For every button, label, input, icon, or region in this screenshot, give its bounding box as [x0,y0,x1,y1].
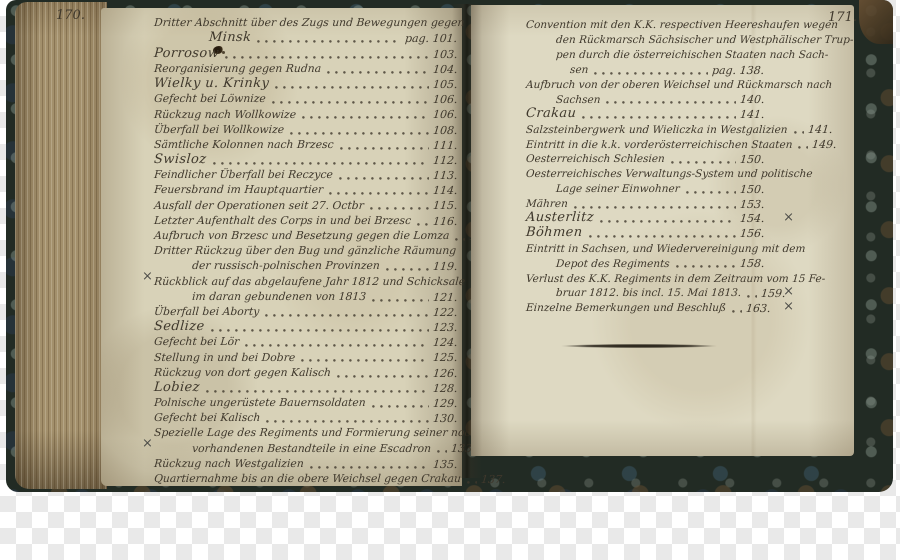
index-entry-row: im daran gebundenen von 1813121. [154,287,457,302]
left-page-number: 170. [56,8,85,23]
index-entry-row: Crakau141. [526,105,764,120]
divider-flourish [533,343,745,349]
dot-leader [266,413,428,423]
dot-leader [732,303,742,313]
dot-leader [275,79,428,89]
dot-leader [372,398,429,408]
index-entry-row: Überfall bei Wollkowize108. [154,120,457,135]
entry-text: Dritter Rückzug über den Bug und gänzlic… [154,246,457,257]
margin-x-mark: × [783,299,794,314]
index-entry-row: Eintritt in die k.k. vorderösterreichisc… [526,135,764,150]
index-entry-row: Polnische ungerüstete Bauernsoldaten129. [154,394,457,409]
entry-text: Lage seiner Einwohner [556,184,680,195]
entry-text: Eintritt in die k.k. vorderösterreichisc… [526,140,793,151]
dot-leader [211,322,429,332]
index-entry-row: Sachsen140. [526,90,764,105]
entry-text: Salzsteinbergwerk und Wieliczka in Westg… [526,125,788,136]
index-entry-row: Gefecht bei Kalisch130. [154,409,457,424]
entry-text: Sedlize [154,320,206,333]
index-entry-row: Letzter Aufenthalt des Corps in und bei … [154,211,457,226]
dot-leader [245,337,428,347]
dot-leader [747,288,757,298]
margin-x-mark: × [142,269,153,284]
dot-leader [340,140,429,150]
dot-leader [798,139,808,149]
right-page-number: 171. [828,10,857,25]
index-entry-row: Aufbruch von der oberen Weichsel und Rüc… [526,76,764,91]
dot-leader [370,200,429,210]
entry-text: Feuersbrand im Hauptquartier [154,185,324,196]
left-page: Dritter Abschnitt über des Zugs und Bewe… [101,8,462,486]
index-entry-row: ×Rückblick auf das abgelaufene Jahr 1812… [154,272,457,287]
index-entry-row: Austerlitz154.× [526,210,764,225]
index-entry-row: Stellung in und bei Dobre125. [154,348,457,363]
left-page-index-list: Dritter Abschnitt über des Zugs und Bewe… [154,14,457,485]
dot-leader [417,216,428,226]
index-entry-row: Rückzug nach Westgalizien135. [154,454,457,469]
dot-leader [594,65,707,75]
index-entry-row: Reorganisierung gegen Rudna104. [154,60,457,75]
dot-leader [676,258,736,268]
index-entry-row: Swisloz112. [154,151,457,166]
entry-text: Oesterreichisches Verwaltungs-System und… [526,169,813,180]
entry-page-ref: 137. [480,474,505,485]
entry-text: Eintritt in Sachsen, und Wiedervereinigu… [526,244,806,255]
page-edge-stack [15,2,107,489]
index-entry-row: Gefecht bei Löwnize106. [154,90,457,105]
dot-leader [225,49,428,59]
entry-text: Feindlicher Überfall bei Reczyce [154,170,334,181]
dot-leader [213,155,429,165]
cover-corner-patch [859,0,893,44]
dot-leader [600,213,736,223]
entry-page-ref: 149. [812,139,837,150]
entry-text: Porrosow [154,47,220,60]
dot-leader [301,352,428,362]
entry-text: Letzter Aufenthalt des Corps in und bei … [154,216,412,227]
entry-text: den Rückmarsch Sächsischer und Westphäli… [556,35,854,46]
margin-x-mark: × [783,210,794,225]
entry-page-ref: 141. [807,124,832,135]
dot-leader [265,307,428,317]
entry-page-ref: 150. [739,184,764,195]
index-entry-row: Salzsteinbergwerk und Wieliczka in Westg… [526,120,764,135]
index-entry-row: Böhmen156. [526,224,764,239]
index-entry-row: bruar 1812. bis incl. 15. Mai 1813.159.× [526,284,764,299]
entry-text: bruar 1812. bis incl. 15. Mai 1813. [556,288,742,299]
entry-text: pen durch die österreichischen Staaten n… [556,50,829,61]
manuscript-photo: { "book": { "description_colors": { "pap… [0,0,900,560]
index-entry-row: Gefecht bei Lör124. [154,333,457,348]
entry-text: Swisloz [154,153,207,166]
dot-leader [337,368,429,378]
margin-x-mark: × [783,284,794,299]
entry-text: im daran gebundenen von 1813 [192,292,367,303]
entry-text: Lobiez [154,381,201,394]
dot-leader [671,154,736,164]
index-entry-row: Ausfall der Operationen seit 27. Octbr11… [154,196,457,211]
index-entry-row: Oesterreichisches Verwaltungs-System und… [526,165,764,180]
dot-leader [257,33,400,43]
index-entry-row: Lage seiner Einwohner150. [526,180,764,195]
index-entry-row: Oesterreichisch Schlesien150. [526,150,764,165]
dot-leader [310,459,429,469]
index-entry-row: Porrosow103. [154,44,457,59]
entry-text: Crakau [526,107,577,120]
entry-page-ref: 158. [739,258,764,269]
entry-text: Aufbruch von der oberen Weichsel und Rüc… [526,80,833,91]
dot-leader [272,94,429,104]
entry-text: Gefecht bei Löwnize [154,94,267,105]
index-entry-row: Mähren153. [526,195,764,210]
index-entry-row: Rückzug nach Wollkowize106. [154,105,457,120]
index-entry-row: Quartiernahme bis an die obere Weichsel … [154,470,457,485]
index-entry-row: Dritter Abschnitt über des Zugs und Bewe… [154,14,457,29]
entry-text: Wielky u. Krinky [154,77,270,90]
index-entry-row: Rückzug von dort gegen Kalisch126. [154,363,457,378]
entry-text: Sämtliche Kolonnen nach Brzesc [154,140,334,151]
entry-text: Ausfall der Operationen seit 27. Octbr [154,201,365,212]
entry-text: der russisch-polnischen Provinzen [192,261,381,272]
entry-text: Austerlitz [526,211,595,224]
entry-text: Oesterreichisch Schlesien [526,154,665,165]
entry-page-ref: pag. 138. [711,65,764,76]
index-entry-row: Dritter Rückzug über den Bug und gänzlic… [154,242,457,257]
right-page: Convention mit den K.K. respectiven Heer… [471,5,854,456]
entry-page-ref: 156. [739,228,764,239]
entry-page-ref: 141. [739,109,764,120]
index-entry-row: Eintritt in Sachsen, und Wiedervereinigu… [526,239,764,254]
index-entry-row: Depot des Regiments158. [526,254,764,269]
dot-leader [327,64,428,74]
index-entry-row: Lobiez128. [154,379,457,394]
entry-text: Einzelne Bemerkungen und Beschluß [526,303,727,314]
entry-text: Dritter Abschnitt über des Zugs und Bewe… [154,18,465,29]
index-entry-row: Sedlize123. [154,318,457,333]
dot-leader [206,383,429,393]
open-book: Dritter Abschnitt über des Zugs und Bewe… [6,0,893,492]
dot-leader [302,109,428,119]
index-entry-row: Feindlicher Überfall bei Reczyce113. [154,166,457,181]
entry-text: Aufbruch von Brzesc und Besetzung gegen … [154,231,450,242]
entry-page-ref: 153. [739,199,764,210]
entry-text: Gefecht bei Kalisch [154,413,261,424]
entry-page-ref: 150. [739,154,764,165]
dot-leader [329,185,428,195]
index-entry-row: Wielky u. Krinky105. [154,75,457,90]
margin-x-mark: × [142,436,153,451]
dot-leader [686,184,736,194]
dot-leader [386,261,429,271]
dot-leader [574,199,736,209]
entry-text: sen [570,65,589,76]
index-entry-row: Verlust des K.K. Regiments in dem Zeitra… [526,269,764,284]
dot-leader [372,292,428,302]
entry-text: Überfall bei Aborty [154,307,260,318]
index-entry-row: Sämtliche Kolonnen nach Brzesc111. [154,136,457,151]
entry-text: Spezielle Lage des Regiments und Formier… [154,428,478,439]
index-entry-row: senpag. 138. [526,61,764,76]
entry-text: Depot des Regiments [556,259,670,270]
index-entry-row: Convention mit den K.K. respectiven Heer… [526,16,764,31]
entry-text: Reorganisierung gegen Rudna [154,64,322,75]
index-entry-row: Einzelne Bemerkungen und Beschluß163.× [526,299,764,314]
entry-text: Rückblick auf das abgelaufene Jahr 1812 … [154,277,466,288]
right-page-index-list: Convention mit den K.K. respectiven Heer… [526,16,764,314]
index-entry-row: Aufbruch von Brzesc und Besetzung gegen … [154,227,457,242]
index-entry-row: Feuersbrand im Hauptquartier114. [154,181,457,196]
dot-leader [339,170,429,180]
entry-text: Rückzug nach Westgalizien [154,459,304,470]
entry-text: Minsk [209,31,252,44]
index-entry-row: der russisch-polnischen Provinzen119. [154,257,457,272]
entry-text: Stellung in und bei Dobre [154,353,296,364]
dot-leader [290,125,428,135]
entry-page-ref: 140. [739,94,764,105]
entry-text: Sachsen [556,95,601,106]
index-entry-row: ×vorhandenen Bestandteile in eine Escadr… [154,439,457,454]
entry-text: vorhandenen Bestandteile in eine Escadro… [192,444,432,455]
dot-leader [437,443,447,453]
index-entry-row: den Rückmarsch Sächsischer und Westphäli… [526,31,764,46]
entry-text: Böhmen [526,226,583,239]
entry-text: Convention mit den K.K. respectiven Heer… [526,20,839,31]
index-entry-row: Spezielle Lage des Regiments und Formier… [154,424,457,439]
entry-text: Quartiernahme bis an die obere Weichsel … [154,474,462,485]
entry-text: Gefecht bei Lör [154,337,240,348]
index-entry-row: Minskpag. 101. [154,29,457,44]
entry-page-ref: 163. [745,303,770,314]
dot-leader [582,109,735,119]
dot-leader [794,124,804,134]
entry-text: Polnische ungerüstete Bauernsoldaten [154,398,366,409]
entry-text: Verlust des K.K. Regiments in dem Zeitra… [526,274,826,285]
entry-page-ref: 154. [739,213,764,224]
entry-text: Mähren [526,199,569,210]
dot-leader [606,94,735,104]
entry-text: Rückzug nach Wollkowize [154,110,297,121]
dot-leader [589,228,736,238]
entry-text: Rückzug von dort gegen Kalisch [154,368,332,379]
index-entry-row: pen durch die österreichischen Staaten n… [526,46,764,61]
entry-page-ref: pag. 101. [404,33,457,44]
book-gutter [452,4,482,478]
index-entry-row: Überfall bei Aborty122. [154,303,457,318]
entry-text: Überfall bei Wollkowize [154,125,285,136]
